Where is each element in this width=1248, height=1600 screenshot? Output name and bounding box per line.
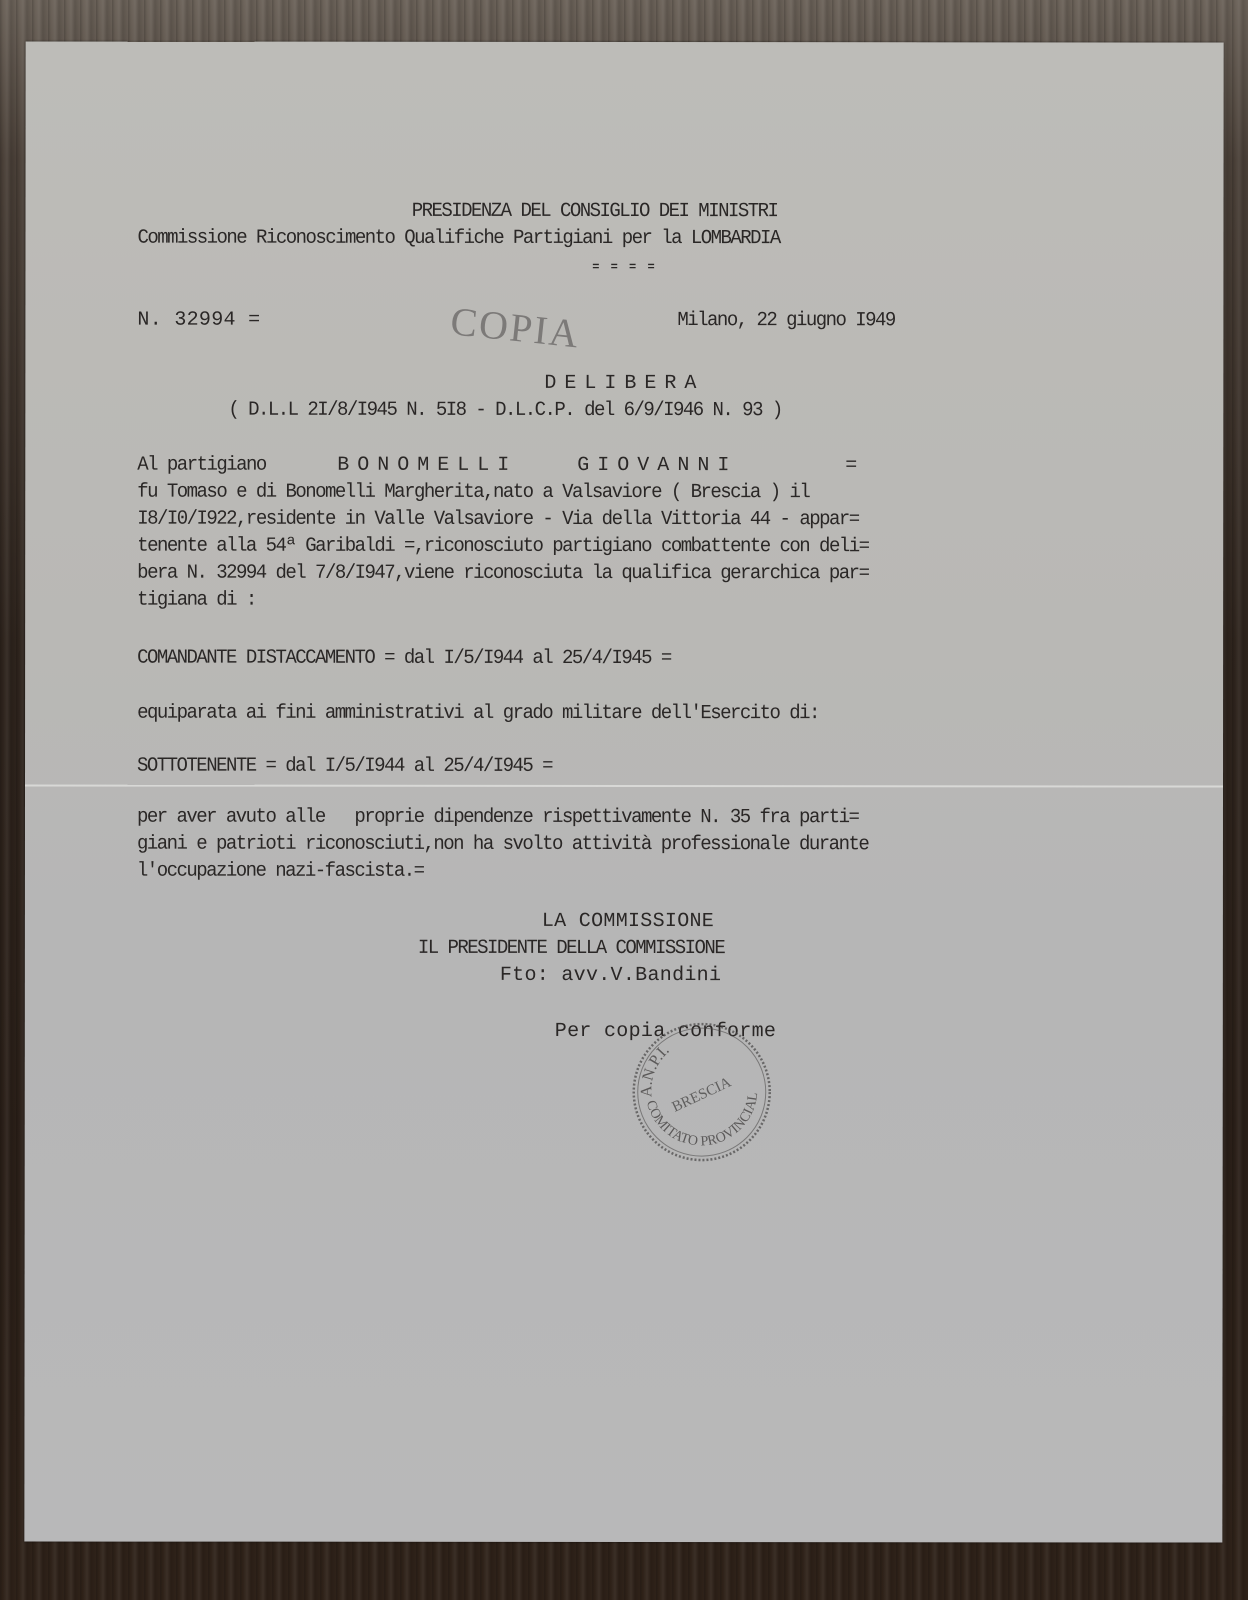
addressee-name: BONOMELLI GIOVANNI (337, 452, 737, 480)
equiparata-line: equiparata ai fini amministrativi al gra… (137, 700, 819, 728)
document-title: DELIBERA (25, 369, 1223, 398)
motivation-line: per aver avuto alle proprie dipendenze r… (137, 804, 858, 832)
paragraph-line: bera N. 32994 del 7/8/I947,viene riconos… (137, 560, 868, 588)
header-ministry: PRESIDENZA DEL CONSIGLIO DEI MINISTRI (25, 197, 1163, 225)
header-commission: Commissione Riconoscimento Qualifiche Pa… (137, 225, 779, 253)
paragraph-line: tenente alla 54ª Garibaldi =,riconosciut… (137, 533, 868, 561)
addressee-label: Al partigiano (137, 452, 265, 480)
document-sheet: PRESIDENZA DEL CONSIGLIO DEI MINISTRI Co… (24, 41, 1223, 1542)
motivation-line: l'occupazione nazi-fascista.= (137, 858, 424, 886)
stamp-center-text: BRESCIA (670, 1074, 734, 1115)
qualifica-line: COMANDANTE DISTACCAMENTO = dal I/5/I944 … (137, 645, 671, 673)
protocol-number: N. 32994 = (137, 307, 260, 335)
header-separator: = = = = (25, 253, 1223, 282)
svg-text:A.N.P.I.: A.N.P.I. (638, 1041, 672, 1097)
paragraph-line: tigiana di : (137, 587, 256, 615)
copia-stamp: COPIA (448, 297, 582, 357)
signature-name: Fto: avv.V.Bandini (500, 962, 721, 990)
legal-reference: ( D.L.L 2I/8/I945 N. 5I8 - D.L.C.P. del … (228, 397, 781, 425)
addressee-end: = (845, 452, 857, 480)
fold-line (25, 784, 1223, 787)
paragraph-line: I8/I0/I922,residente in Valle Valsaviore… (137, 506, 858, 534)
motivation-line: giani e patrioti riconosciuti,non ha svo… (137, 831, 868, 859)
place-date: Milano, 22 giugno I949 (677, 307, 894, 335)
signature-commission: LA COMMISSIONE (542, 908, 714, 936)
paragraph-line: fu Tomaso e di Bonomelli Margherita,nato… (137, 479, 809, 507)
anpi-stamp-icon: A.N.P.I. BRESCIA COMITATO PROVINCIALE (627, 1017, 777, 1167)
stamp-top-text: A.N.P.I. (638, 1041, 672, 1097)
signature-president: IL PRESIDENTE DELLA COMMISSIONE (418, 935, 724, 963)
grado-line: SOTTOTENENTE = dal I/5/I944 al 25/4/I945… (137, 753, 552, 781)
